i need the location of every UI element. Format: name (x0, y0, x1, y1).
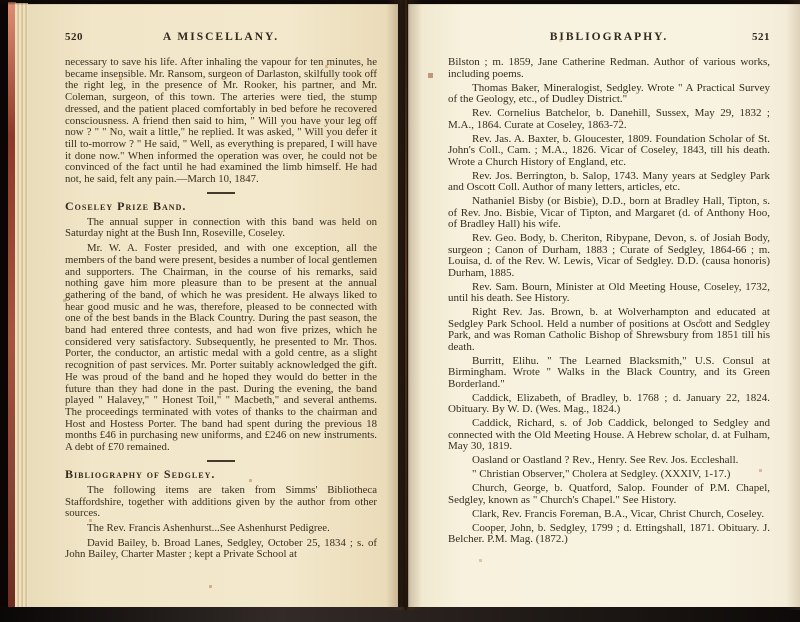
bibliography-entry: Nathaniel Bisby (or Bisbie), D.D., born … (448, 196, 770, 231)
right-page-number: 521 (752, 31, 770, 43)
bibliography-entry: Rev. Jas. A. Baxter, b. Gloucester, 1809… (448, 134, 770, 169)
bibliography-entry: Caddick, Richard, s. of Job Caddick, bel… (448, 418, 770, 453)
right-running-head: BIBLIOGRAPHY. (448, 31, 770, 43)
stacked-page-edges (15, 3, 28, 610)
right-page-header: BIBLIOGRAPHY. 521 (448, 31, 770, 45)
bibliography-entry: Rev. Geo. Body, b. Cheriton, Ribypane, D… (448, 233, 770, 279)
paragraph: David Bailey, b. Broad Lanes, Sedgley, O… (65, 538, 377, 561)
section-divider-rule (207, 192, 235, 194)
left-page-number: 520 (65, 31, 83, 43)
bibliography-entry: Right Rev. Jas. Brown, b. at Wolverhampt… (448, 307, 770, 353)
top-scan-edge (0, 0, 800, 5)
bibliography-entry: Rev. Sam. Bourn, Minister at Old Meeting… (448, 282, 770, 305)
bibliography-entry: Rev. Cornelius Batchelor, b. Danehill, S… (448, 108, 770, 131)
paper-speckles (0, 0, 1, 1)
bibliography-entry: Cooper, John, b. Sedgley, 1799 ; d. Etti… (448, 523, 770, 546)
book-scan: 520 A MISCELLANY. necessary to save his … (0, 0, 800, 622)
bibliography-entry: Church, George, b. Quatford, Salop. Foun… (448, 483, 770, 506)
bibliography-entry: Rev. Jos. Berrington, b. Salop, 1743. Ma… (448, 171, 770, 194)
bibliography-entry: Bilston ; m. 1859, Jane Catherine Redman… (448, 57, 770, 80)
left-page-header: 520 A MISCELLANY. (65, 31, 377, 45)
spine-crease-line (405, 0, 407, 610)
bibliography-entry: Burritt, Elihu. " The Learned Blacksmith… (448, 356, 770, 391)
bibliography-entry: Clark, Rev. Francis Foreman, B.A., Vicar… (448, 509, 770, 521)
section-divider-rule (207, 460, 235, 462)
bottom-scan-edge (0, 607, 800, 622)
paragraph: The Rev. Francis Ashenhurst...See Ashenh… (65, 523, 377, 535)
paragraph-continuation: necessary to save his life. After inhali… (65, 57, 377, 186)
paragraph: The annual supper in connection with thi… (65, 217, 377, 240)
paragraph: The following items are taken from Simms… (65, 485, 377, 520)
left-running-head: A MISCELLANY. (65, 31, 377, 43)
bibliography-entry: Oasland or Oastland ? Rev., Henry. See R… (448, 455, 770, 467)
bibliography-entry: Caddick, Elizabeth, of Bradley, b. 1768 … (448, 393, 770, 416)
section-heading-bibliography-of-sedgley: Bibliography of Sedgley. (65, 467, 377, 482)
right-page: BIBLIOGRAPHY. 521 Bilston ; m. 1859, Jan… (408, 4, 800, 607)
section-heading-coseley-prize-band: Coseley Prize Band. (65, 199, 377, 214)
bibliography-entry: Thomas Baker, Mineralogist, Sedgley. Wro… (448, 83, 770, 106)
left-page: 520 A MISCELLANY. necessary to save his … (28, 4, 398, 607)
paragraph: Mr. W. A. Foster presided, and with one … (65, 243, 377, 454)
bibliography-entry: " Christian Observer," Cholera at Sedgle… (448, 469, 770, 481)
